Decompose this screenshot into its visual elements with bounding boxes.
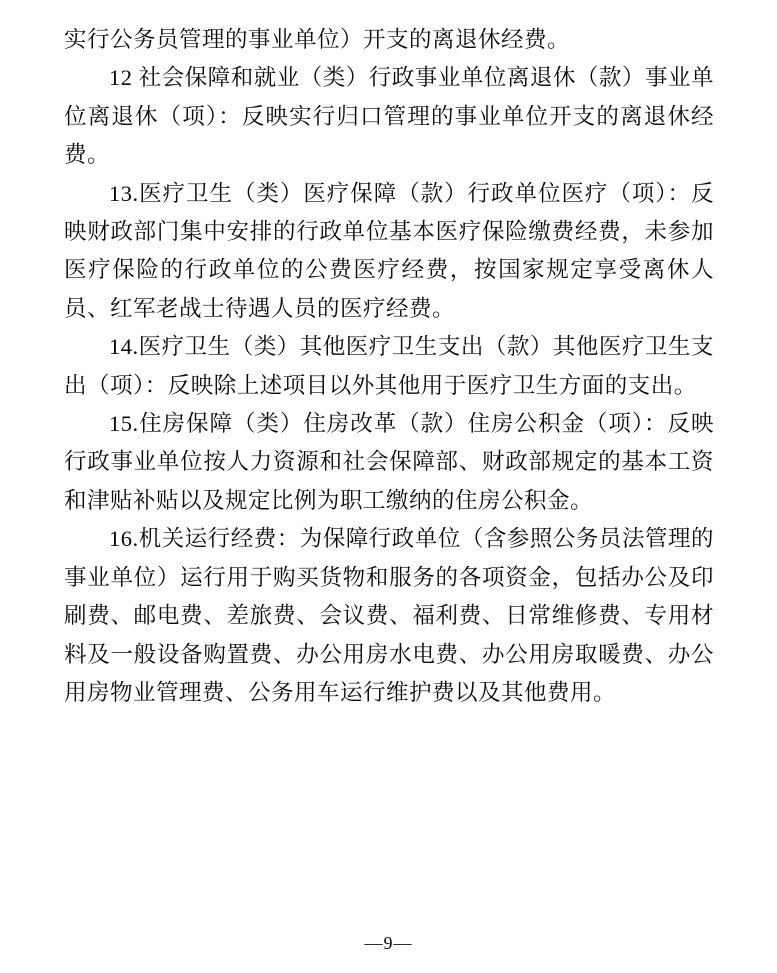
page-number: —9— bbox=[0, 933, 777, 954]
paragraph-item-15: 15.住房保障（类）住房改革（款）住房公积金（项）：反映行政事业单位按人力资源和… bbox=[64, 405, 714, 520]
paragraph-item-16: 16.机关运行经费：为保障行政单位（含参照公务员法管理的事业单位）运行用于购买货… bbox=[64, 520, 714, 712]
paragraph-continuation: 实行公务员管理的事业单位）开支的离退休经费。 bbox=[64, 21, 714, 59]
paragraph-item-14: 14.医疗卫生（类）其他医疗卫生支出（款）其他医疗卫生支出（项）：反映除上述项目… bbox=[64, 328, 714, 405]
document-text-block: 实行公务员管理的事业单位）开支的离退休经费。 12 社会保障和就业（类）行政事业… bbox=[64, 21, 714, 712]
paragraph-item-12: 12 社会保障和就业（类）行政事业单位离退休（款）事业单位离退休（项）：反映实行… bbox=[64, 59, 714, 174]
document-page: 实行公务员管理的事业单位）开支的离退休经费。 12 社会保障和就业（类）行政事业… bbox=[0, 0, 777, 973]
paragraph-item-13: 13.医疗卫生（类）医疗保障（款）行政单位医疗（项）：反映财政部门集中安排的行政… bbox=[64, 175, 714, 329]
